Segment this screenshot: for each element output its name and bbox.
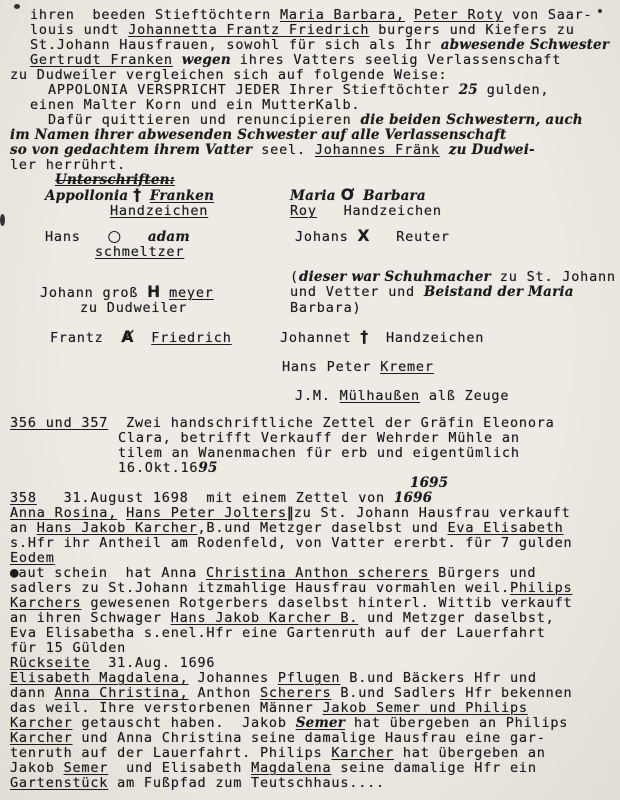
text-line: zu Dudweiler vergleichen sich auf folgen… — [10, 68, 614, 83]
text-line: an ihren Schwager Hans Jakob Karcher B. … — [10, 611, 614, 626]
typed-text: an — [10, 520, 37, 536]
typed-text: ler herrührt. — [10, 157, 126, 173]
right-column-text: Johans X Reuter — [295, 229, 450, 245]
typed-text: 16.Okt.16 — [118, 460, 198, 476]
handmark-symbol: Ơ — [341, 186, 355, 204]
typed-text: Jakob — [10, 760, 64, 776]
underlined-text: Gartenstück — [10, 775, 108, 791]
text-line: schmeltzer — [10, 245, 614, 260]
typed-text: und Vetter und — [290, 284, 424, 300]
handwritten-text: abwesende Schwester — [441, 37, 609, 53]
underlined-text: Pflugen — [278, 670, 341, 686]
typed-text — [173, 52, 182, 68]
underlined-text: Hans Jakob Karcher — [37, 520, 198, 536]
underlined-text: 358 — [10, 490, 37, 506]
document-text: ihren beeden Stieftöchtern Maria Barbara… — [10, 8, 614, 791]
text-line: im Namen ihrer abwesenden Schwester auf … — [10, 128, 614, 143]
underlined-text: Karcher — [10, 730, 73, 746]
typed-text: Handzeichen — [317, 203, 442, 219]
handwritten-text: zu Dudwei- — [449, 142, 535, 158]
typed-text: Frantz — [50, 330, 121, 346]
typed-text — [133, 330, 151, 346]
text-line: Appollonia † FrankenMaria Ơ Barbara — [10, 188, 614, 204]
typed-text: am Fußpfad zum Teutschhaus.... — [108, 775, 385, 791]
typed-text — [354, 188, 363, 204]
right-column-text: Johannet † Handzeichen — [280, 330, 484, 346]
typed-text: tilem an Wanenmachen für erb und eigentü… — [118, 445, 520, 461]
typed-text: alß Zeuge — [420, 388, 509, 404]
scan-speck — [14, 4, 20, 9]
underlined-text: Anna Rosina, — [10, 505, 117, 521]
typed-text — [440, 142, 449, 158]
typed-text: Eva Elisabetha s.enel.Hfr eine Gartenrut… — [10, 625, 546, 641]
handwritten-text: 1695 — [410, 475, 448, 491]
text-line: J.M. Mülhaußen alß Zeuge — [10, 389, 614, 404]
typed-text: APPOLONIA VERSPRICHT JEDER Ihrer Stieftö… — [48, 82, 459, 98]
typed-text: und Anna Christina seine damalige Hausfr… — [73, 730, 546, 746]
text-line: Hans Peter Kremer — [10, 360, 614, 375]
text-line: 1695 — [10, 476, 614, 491]
scan-speck — [598, 9, 602, 13]
typed-text: gewesenen Rotgerbers daselbst hinterl. W… — [81, 595, 572, 611]
text-line: für 15 Gülden — [10, 641, 614, 656]
text-line: dann Anna Christina, Anthon Scherers B.u… — [10, 686, 614, 701]
text-line: tenruth auf der Lauerfahrt. Philips Karc… — [10, 746, 614, 761]
typed-text: 31.Aug. 1696 — [90, 655, 215, 671]
typed-text: zu St. Johann Hausfrau verkauft — [294, 505, 571, 521]
scribbled-text: Unterschriften: — [55, 172, 175, 188]
handmark-symbol: † — [360, 328, 368, 346]
typed-text: louis undt — [30, 22, 128, 38]
typed-text: Anthon — [189, 685, 260, 701]
text-line: Unterschriften: — [10, 173, 614, 188]
typed-text: Bürgers und — [429, 565, 536, 581]
underlined-text: Elisabeth Magdalena, — [10, 670, 189, 686]
line-gap — [10, 346, 614, 360]
text-line: ihren beeden Stieftöchtern Maria Barbara… — [10, 8, 614, 23]
typed-text: ,B.und Metzger daselbst und — [198, 520, 448, 536]
handwritten-text: Maria — [290, 188, 341, 204]
underlined-text: Roy — [290, 203, 317, 219]
typed-text: einen Malter Korn und ein MutterKalb. — [30, 97, 360, 113]
underlined-text: 356 und 357 — [10, 415, 108, 431]
underlined-text: meyer — [169, 285, 214, 301]
text-line: Rückseite 31.Aug. 1696 — [10, 656, 614, 671]
text-line: an Hans Jakob Karcher,B.und Metzger dase… — [10, 521, 614, 536]
underlined-text: Kremer — [380, 359, 434, 375]
typed-text — [117, 505, 126, 521]
handwritten-text: wegen — [182, 52, 231, 68]
underlined-text: Karcher — [331, 745, 394, 761]
typed-text: und Metzger daselbst, — [358, 610, 554, 626]
typed-text — [160, 285, 169, 301]
text-line: so von gedachtem ihrem Vatter seel. Joha… — [10, 143, 614, 158]
text-line: St.Johann Hausfrauen, sowohl für sich al… — [10, 38, 614, 53]
text-line: Elisabeth Magdalena, Johannes Pflugen B.… — [10, 671, 614, 686]
typed-text: zu St. Johann — [491, 269, 616, 285]
text-line: Johann groß H meyerund Vetter und Beista… — [10, 285, 614, 301]
typed-text: ( — [290, 269, 299, 285]
underlined-text: Rückseite — [10, 655, 90, 671]
text-line: Karcher und Anna Christina seine damalig… — [10, 731, 614, 746]
typed-text: zu Dudweiler vergleichen sich auf folgen… — [10, 67, 447, 83]
handwritten-text: 1696 — [394, 490, 432, 506]
typed-text: das weil. Ihre verstorbenen Männer — [10, 700, 322, 716]
typed-text: burgers und Kiefers zu — [369, 22, 574, 38]
typed-text: Johannes — [189, 670, 278, 686]
handwritten-text: die beiden Schwestern, auch — [360, 112, 582, 128]
underlined-handwritten-text: Franken — [150, 188, 214, 204]
typed-text: seel. — [252, 142, 315, 158]
typed-text: Hans — [45, 229, 108, 245]
underlined-text: Peter Roty — [414, 7, 503, 23]
typed-text: Zwei handschriftliche Zettel der Gräfin … — [108, 415, 554, 431]
typed-text: für 15 Gülden — [10, 640, 126, 656]
typed-text: hat übergeben an — [394, 745, 546, 761]
typed-text: 31.August 1698 mit einem Zettel von — [37, 490, 394, 506]
typed-text: ihren beeden Stieftöchtern — [30, 7, 280, 23]
underlined-text: Johannetta Frantz Friedrich — [128, 22, 369, 38]
underlined-text: Karchers — [10, 595, 81, 611]
text-line: zu DudweilerBarbara) — [10, 301, 614, 316]
line-gap — [10, 316, 614, 330]
text-line: das weil. Ihre verstorbenen Männer Jakob… — [10, 701, 614, 716]
handmark-symbol: X — [358, 227, 370, 245]
handwritten-text: im Namen ihrer abwesenden Schwester auf … — [10, 127, 506, 143]
text-line: 356 und 357 Zwei handschriftliche Zettel… — [10, 416, 614, 431]
line-gap — [10, 375, 614, 389]
typed-text: an ihren Schwager — [10, 610, 171, 626]
text-line: s.Hfr ihr Antheil am Rodenfeld, von Vatt… — [10, 536, 614, 551]
text-line: tilem an Wanenmachen für erb und eigentü… — [10, 446, 614, 461]
text-line: Jakob Semer und Elisabeth Magdalena sein… — [10, 761, 614, 776]
typed-text: und Elisabeth — [108, 760, 251, 776]
text-line: Hans ○ adamJohans X Reuter — [10, 229, 614, 245]
typed-text: Reuter — [369, 229, 449, 245]
underlined-text: Anna Christina, — [55, 685, 189, 701]
handwritten-text: Appollonia — [45, 188, 133, 204]
underlined-text: schmeltzer — [95, 244, 184, 260]
text-line: sadlers zu St.Johann itzmahlige Hausfrau… — [10, 581, 614, 596]
handmark-symbol: H — [147, 283, 160, 301]
text-line: Frantz Ⱥ FriedrichJohannet † Handzeichen — [10, 330, 614, 346]
typed-text: getauscht haben. Jakob — [73, 715, 296, 731]
typed-text: zu Dudweiler — [80, 300, 187, 316]
underlined-text: Philips — [510, 580, 573, 596]
text-line: Clara, betrifft Verkauff der Wehrder Müh… — [10, 431, 614, 446]
typed-text: Barbara) — [290, 300, 361, 316]
text-line: Karcher getauscht haben. Jakob Semer hat… — [10, 716, 614, 731]
typed-text: Clara, betrifft Verkauff der Wehrder Müh… — [118, 430, 520, 446]
text-line: ●aut schein hat Anna Christina Anthon sc… — [10, 566, 614, 581]
text-line: 16.Okt.1695 — [10, 461, 614, 476]
right-column-text: und Vetter und Beistand der Maria — [290, 285, 574, 300]
handmark-symbol: † — [133, 186, 141, 204]
underlined-text: Jakob Semer und Philips — [322, 700, 527, 716]
right-column-text: Maria Ơ Barbara — [290, 188, 426, 204]
right-column-text: Roy Handzeichen — [290, 204, 442, 219]
handwritten-text: adam — [148, 229, 190, 245]
text-line: APPOLONIA VERSPRICHT JEDER Ihrer Stieftö… — [10, 83, 614, 98]
underlined-text: Hans Jakob Karcher B. — [171, 610, 358, 626]
scan-speck — [0, 214, 5, 226]
text-line: Anna Rosina, Hans Peter Jolters‖zu St. J… — [10, 506, 614, 521]
typed-text: hat übergeben an Philips — [345, 715, 568, 731]
typed-text: B.und Bäckers Hfr und — [340, 670, 536, 686]
typed-text — [121, 229, 148, 245]
typed-text: Johann groß — [40, 285, 147, 301]
underlined-text: Mülhaußen — [340, 388, 420, 404]
text-line: Eodem — [10, 551, 614, 566]
typed-text: Johannet — [280, 330, 360, 346]
underlined-text: Gertrudt Franken — [30, 52, 173, 68]
ink-dot: ● — [10, 565, 19, 581]
handwritten-text: dieser war Schuhmacher — [299, 269, 491, 285]
text-line: einen Malter Korn und ein MutterKalb. — [10, 98, 614, 113]
underlined-text: Eodem — [10, 550, 55, 566]
handwritten-text: Barbara — [363, 188, 426, 204]
typed-text: seine damalige Hfr ein — [331, 760, 536, 776]
text-line: Dafür quittieren und renuncipieren die b… — [10, 113, 614, 128]
text-line: 358 31.August 1698 mit einem Zettel von … — [10, 491, 614, 506]
typed-text: Johans — [295, 229, 358, 245]
typed-text — [405, 7, 414, 23]
typed-text: dann — [10, 685, 55, 701]
underlined-text: Hans Peter Jolters — [126, 505, 287, 521]
handwritten-text: ‖ — [287, 505, 294, 521]
typed-text: von Saar- — [503, 7, 592, 23]
typed-text: Handzeichen — [368, 330, 484, 346]
underlined-text: Friedrich — [151, 330, 231, 346]
handmark-symbol: ○ — [108, 227, 122, 245]
handwritten-text: 95 — [198, 460, 217, 476]
text-line: Eva Elisabetha s.enel.Hfr eine Gartenrut… — [10, 626, 614, 641]
underlined-text: Semer — [64, 760, 109, 776]
scanned-document-page: ihren beeden Stieftöchtern Maria Barbara… — [0, 0, 620, 800]
typed-text: tenruth auf der Lauerfahrt. Philips — [10, 745, 331, 761]
text-line: Gertrudt Franken wegen ihres Vatters see… — [10, 53, 614, 68]
handwritten-text: so von gedachtem ihrem Vatter — [10, 142, 252, 158]
underlined-text: Johannes Fränk — [315, 142, 440, 158]
typed-text: gulden, — [478, 82, 549, 98]
text-line: louis undt Johannetta Frantz Friedrich b… — [10, 23, 614, 38]
text-line: HandzeichenRoy Handzeichen — [10, 204, 614, 219]
typed-text: s.Hfr ihr Antheil am Rodenfeld, von Vatt… — [10, 535, 572, 551]
text-line: ler herrührt. — [10, 158, 614, 173]
typed-text: B.und Sadlers Hfr bekennen — [331, 685, 572, 701]
handmark-symbol: Ⱥ — [121, 328, 133, 346]
underlined-text: Eva Elisabeth — [447, 520, 563, 536]
handwritten-text: 25 — [459, 82, 478, 98]
underlined-text: Christina Anthon scherers — [206, 565, 429, 581]
typed-text: J.M. — [295, 388, 340, 404]
underlined-text: Maria Barbara, — [280, 7, 405, 23]
line-gap — [10, 219, 614, 229]
handwritten-text: Beistand der Maria — [424, 284, 574, 300]
underlined-text: Scherers — [260, 685, 331, 701]
underlined-text: Magdalena — [251, 760, 331, 776]
right-column-text: Barbara) — [290, 301, 361, 316]
underlined-text: Karcher — [10, 715, 73, 731]
text-line: Karchers gewesenen Rotgerbers daselbst h… — [10, 596, 614, 611]
typed-text: aut schein hat Anna — [19, 565, 206, 581]
underlined-text: Handzeichen — [110, 203, 208, 219]
typed-text: St.Johann Hausfrauen, sowohl für sich al… — [30, 37, 441, 53]
typed-text: ihres Vatters seelig Verlassenschaft — [231, 52, 561, 68]
typed-text: Dafür quittieren und renuncipieren — [48, 112, 360, 128]
text-line: (dieser war Schuhmacher zu St. Johann — [10, 270, 614, 285]
typed-text: sadlers zu St.Johann itzmahlige Hausfrau… — [10, 580, 510, 596]
underlined-handwritten-text: Semer — [296, 715, 345, 731]
typed-text: Hans Peter — [282, 359, 380, 375]
text-line: Gartenstück am Fußpfad zum Teutschhaus..… — [10, 776, 614, 791]
typed-text — [141, 188, 150, 204]
